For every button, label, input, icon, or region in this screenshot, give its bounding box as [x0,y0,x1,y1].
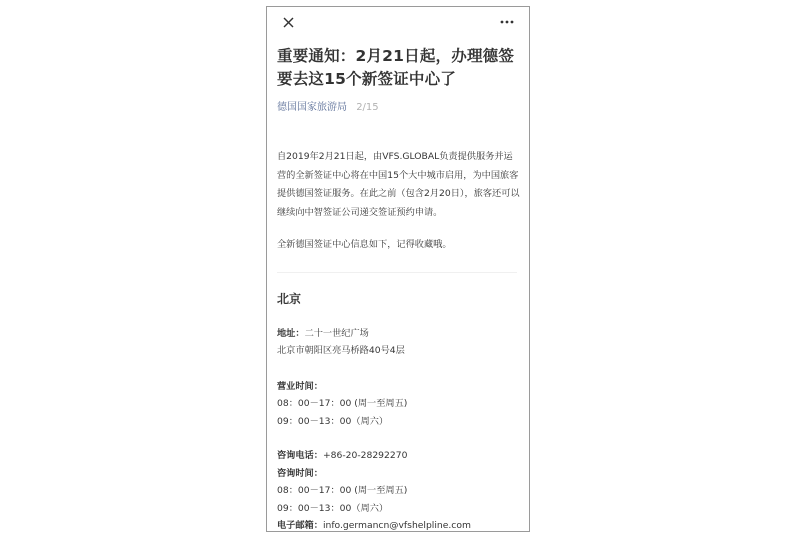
more-dots-icon [500,20,514,24]
article-title: 重要通知：2月21日起，办理德签要去这15个新签证中心了 [277,45,521,91]
address-label: 地址： [277,328,305,339]
consult-hours-label: 咨询时间： [277,465,521,483]
intro-paragraph: 自2019年2月21日起，由VFS.GLOBAL负责提供服务并运营的全新签证中心… [277,148,521,222]
top-bar [267,7,529,37]
more-button[interactable] [497,13,517,31]
publish-date: 2/15 [356,102,378,113]
info-paragraph: 全新德国签证中心信息如下，记得收藏哦。 [277,236,521,255]
address-line-1: 地址：二十一世纪广场 [277,325,521,343]
address-line-2: 北京市朝阳区亮马桥路40号4层 [277,342,521,360]
phone-label: 咨询电话： [277,450,323,461]
article-meta: 德国国家旅游局 2/15 [277,101,521,115]
phone-line: 咨询电话：+86-20-28292270 [277,447,521,465]
article-content: 重要通知：2月21日起，办理德签要去这15个新签证中心了 德国国家旅游局 2/1… [277,45,521,532]
close-button[interactable] [279,13,297,31]
author-link[interactable]: 德国国家旅游局 [277,102,347,113]
phone-number[interactable]: +86-20-28292270 [323,450,407,461]
close-icon [283,17,294,28]
address-building: 二十一世纪广场 [305,328,369,339]
email-label: 电子邮箱： [277,520,323,531]
business-hours-saturday: 09：00－13：00（周六） [277,413,521,431]
phone-frame: 重要通知：2月21日起，办理德签要去这15个新签证中心了 德国国家旅游局 2/1… [266,6,530,532]
city-heading: 北京 [277,291,521,307]
email-address[interactable]: info.germancn@vfshelpline.com [323,520,471,531]
consult-hours-saturday: 09：00－13：00（周六） [277,500,521,518]
business-hours-label: 营业时间： [277,378,521,396]
business-hours-weekday: 08：00－17：00 (周一至周五) [277,395,521,413]
email-line: 电子邮箱：info.germancn@vfshelpline.com [277,517,521,532]
section-divider [277,272,517,273]
consult-hours-weekday: 08：00－17：00 (周一至周五) [277,482,521,500]
